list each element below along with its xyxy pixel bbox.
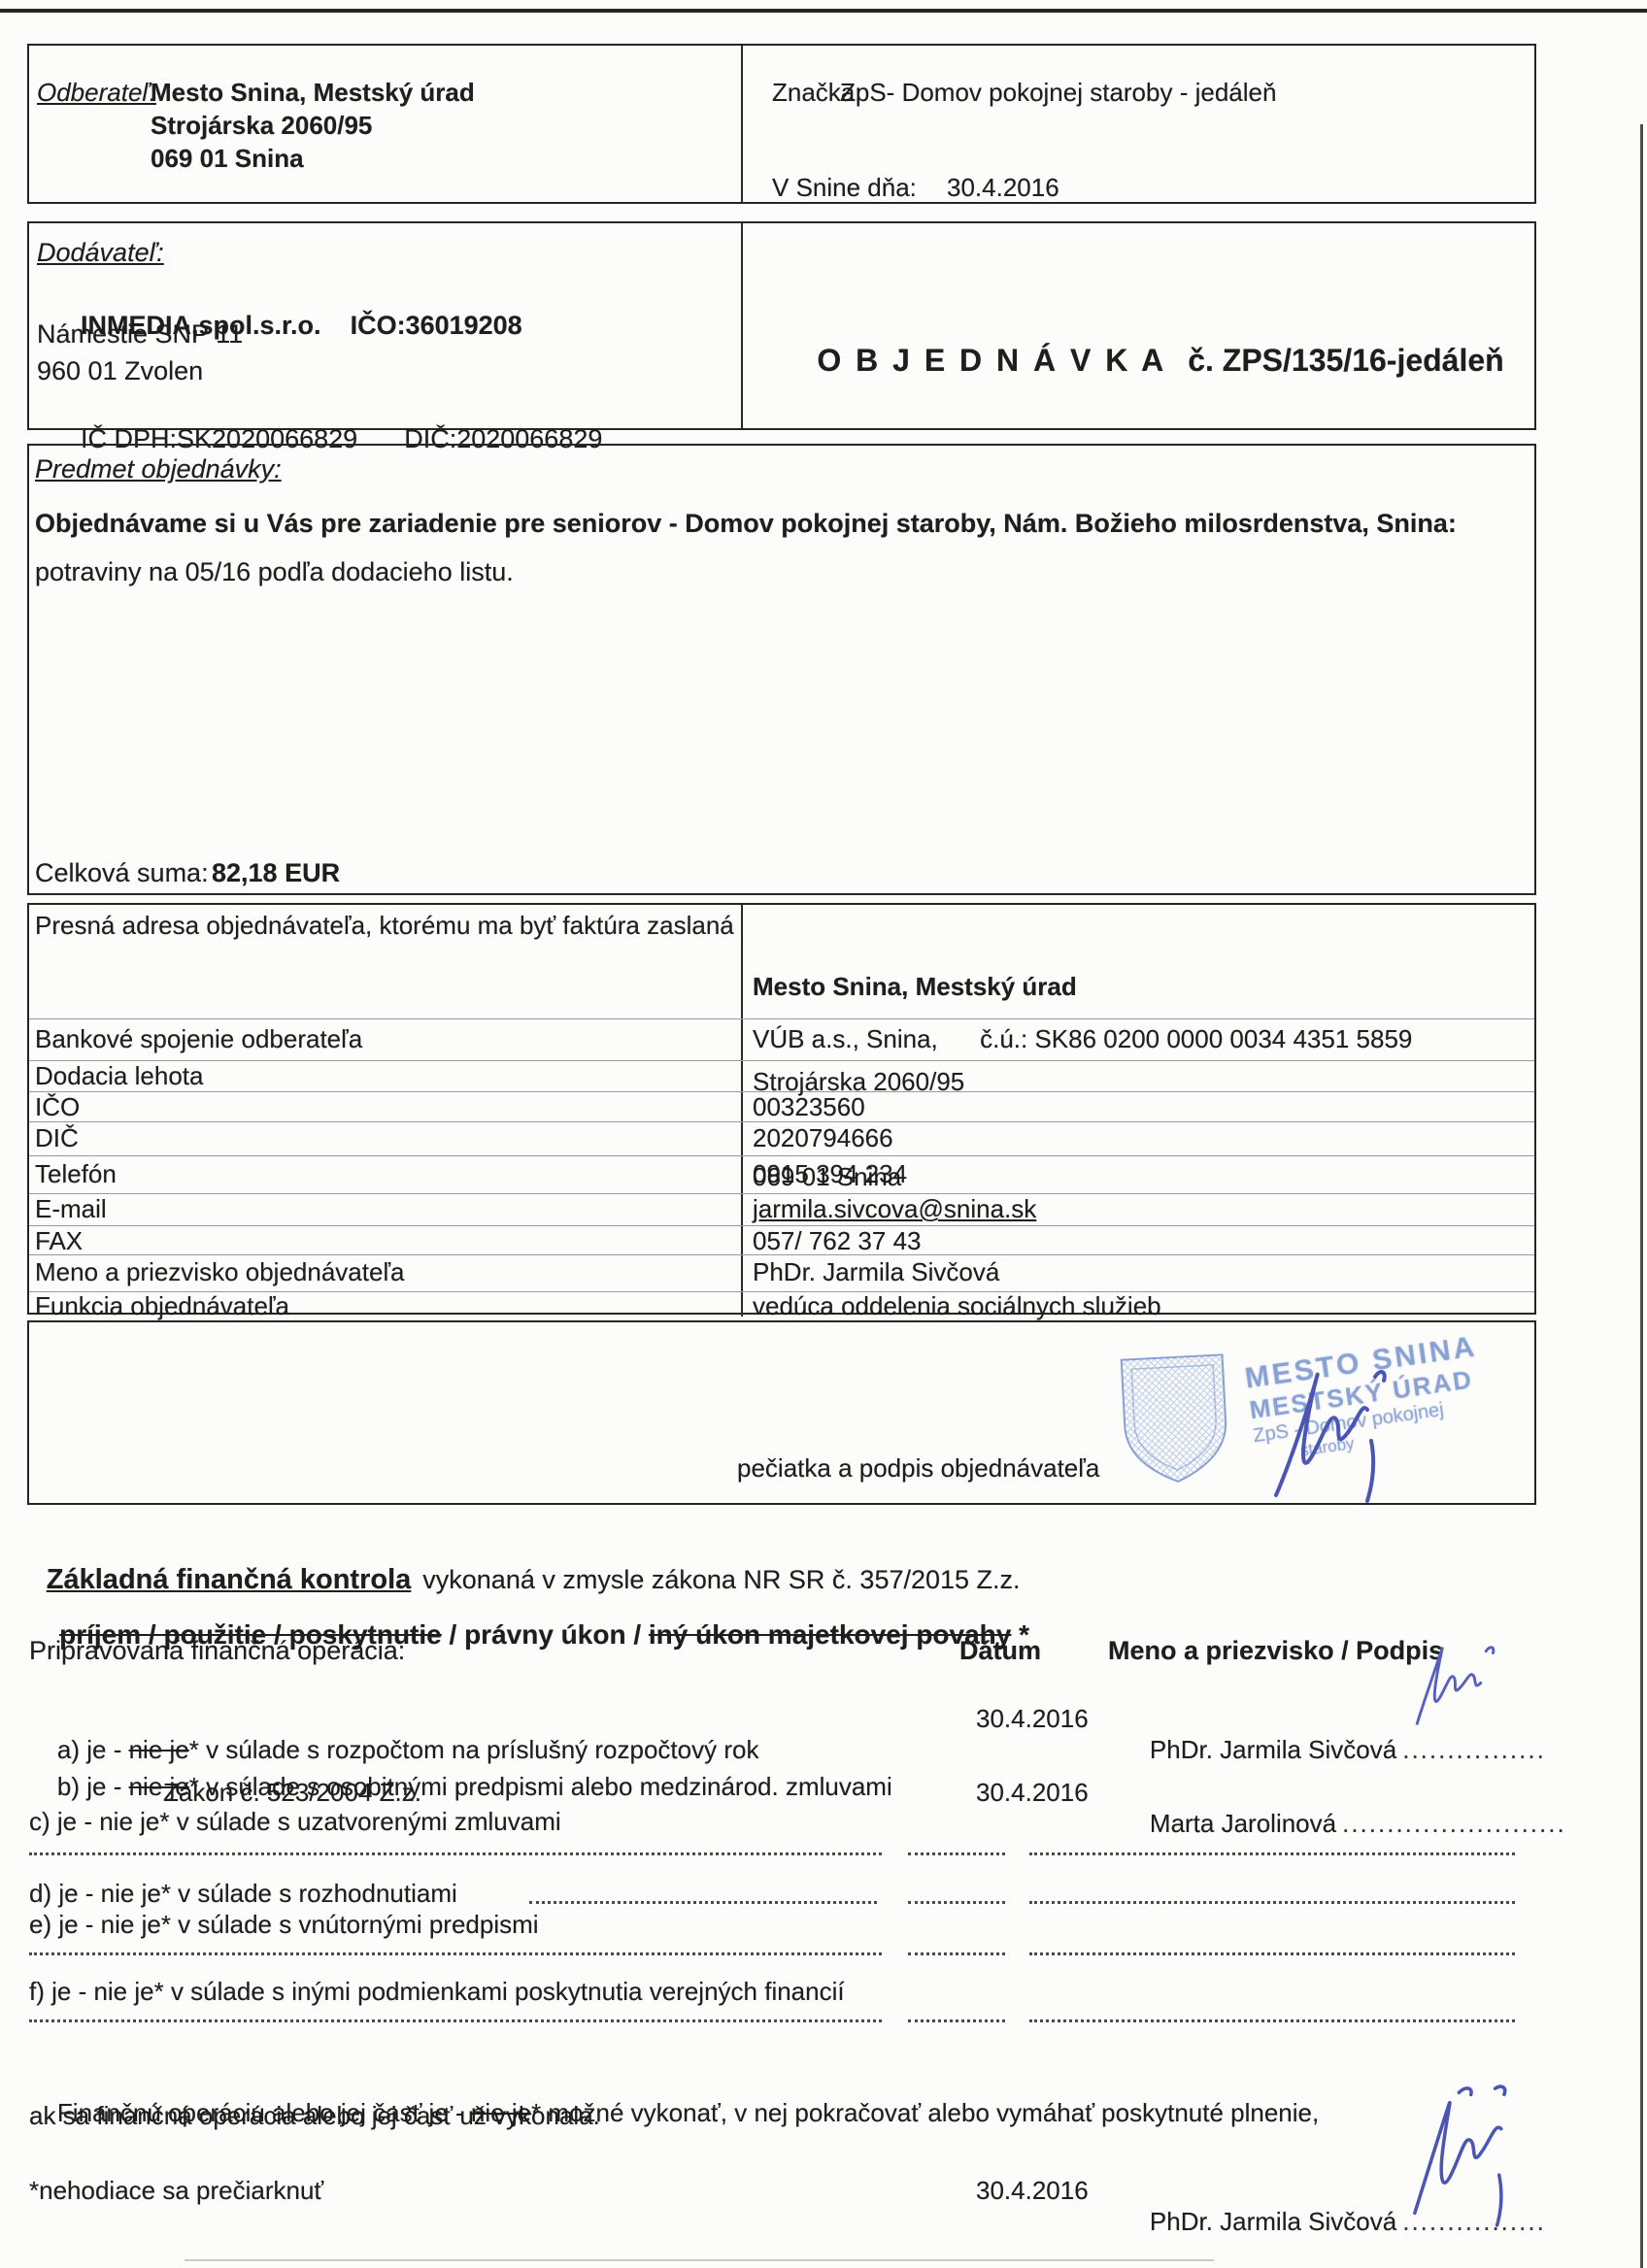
row-label: IČO: [29, 1092, 741, 1121]
dotted-line: [908, 1950, 1005, 1955]
item-a-name: PhDr. Jarmila Sivčová: [1150, 1735, 1396, 1764]
row-label: Presná adresa objednávateľa, ktorému ma …: [29, 905, 741, 1018]
place-date-value: 30.4.2016: [947, 172, 1059, 203]
row-value: 0915 394 234: [741, 1156, 1534, 1193]
scan-edge-top: [0, 9, 1647, 13]
buyer-city: 069 01 Snina: [151, 143, 304, 174]
order-subject-box: Predmet objednávky: Objednávame si u Vás…: [27, 444, 1536, 895]
dotted-line: [29, 1950, 882, 1955]
dotted-line: [908, 1850, 1005, 1855]
subject-line2: potraviny na 05/16 podľa dodacieho listu…: [35, 556, 514, 588]
item-a-dots: ................: [1402, 1735, 1546, 1764]
item-b-law: Zákon č. 523/2004 Z.z.: [163, 1777, 421, 1808]
final-name: PhDr. Jarmila Sivčová: [1150, 2207, 1396, 2236]
kontrola-item-d: d) je - nie je* v súlade s rozhodnutiami: [29, 1878, 457, 1909]
dotted-line: [1029, 1950, 1515, 1955]
row-label: Telefón: [29, 1156, 741, 1193]
supplier-order-box: Dodávateľ: INMEDIA,spol.s.r.o.IČO:360192…: [27, 221, 1536, 430]
total-value: 82,18 EUR: [212, 857, 340, 889]
stamp-signature-icon: [1237, 1359, 1412, 1505]
row-value: 00323560: [741, 1092, 1534, 1121]
dotted-line: [29, 1850, 882, 1855]
row-label: Meno a priezvisko objednávateľa: [29, 1255, 741, 1291]
row-label: FAX: [29, 1226, 741, 1254]
item-a-date: 30.4.2016: [976, 1703, 1089, 1734]
row-label: Dodacia lehota: [29, 1061, 741, 1091]
table-row: Telefón 0915 394 234: [29, 1155, 1534, 1193]
kontrola-item-e: e) je - nie je* v súlade s vnútornými pr…: [29, 1909, 539, 1940]
table-row: E-mail jarmila.sivcova@snina.sk: [29, 1193, 1534, 1225]
table-row: DIČ 2020794666: [29, 1121, 1534, 1155]
row-value: VÚB a.s., Snina, č.ú.: SK86 0200 0000 00…: [741, 1019, 1534, 1060]
item-b-signatory: Marta Jarolinová........................…: [1122, 1777, 1566, 1870]
scanned-order-document: Odberateľ: Mesto Snina, Mestský úrad Str…: [0, 0, 1647, 2268]
table-row: FAX 057/ 762 37 43: [29, 1225, 1534, 1254]
row-label: Bankové spojenie odberateľa: [29, 1019, 741, 1060]
item-b-name: Marta Jarolinová: [1150, 1809, 1336, 1838]
column-divider: [741, 223, 743, 428]
final-signature-icon: [1398, 2083, 1529, 2228]
row-value: [741, 1061, 1534, 1091]
table-row: IČO 00323560: [29, 1091, 1534, 1121]
dotted-line: [908, 1898, 1005, 1904]
row-value: vedúca oddelenia sociálnych služieb: [741, 1292, 1534, 1317]
final-date: 30.4.2016: [976, 2175, 1089, 2206]
operation-label: Pripravovaná finančná operácia:: [29, 1635, 405, 1667]
supplier-city: 960 01 Zvolen: [37, 355, 203, 387]
stamp-shield-icon: [1113, 1349, 1236, 1492]
kontrola-item-f: f) je - nie je* v súlade s inými podmien…: [29, 1976, 845, 2007]
signature-a-icon: [1391, 1639, 1527, 1736]
supplier-label: Dodávateľ:: [37, 237, 164, 269]
order-title: O B J E D N Á V K A: [817, 343, 1166, 378]
row-label: Funkcia objednávateľa: [29, 1292, 741, 1317]
row-value-email: jarmila.sivcova@snina.sk: [741, 1194, 1534, 1225]
subject-label: Predmet objednávky:: [35, 453, 282, 485]
table-row: Bankové spojenie odberateľa VÚB a.s., Sn…: [29, 1018, 1534, 1060]
scan-edge-right: [1640, 124, 1643, 2268]
scan-edge-bottom: [185, 2259, 1214, 2261]
row-label: DIČ: [29, 1122, 741, 1155]
column-divider: [741, 46, 743, 202]
buyer-street: Strojárska 2060/95: [151, 110, 372, 141]
row-label: E-mail: [29, 1194, 741, 1225]
subject-line1: Objednávame si u Vás pre zariadenie pre …: [35, 508, 1457, 540]
order-details-table: Presná adresa objednávateľa, ktorému ma …: [27, 903, 1536, 1315]
dotted-line: [29, 2017, 882, 2022]
supplier-street: Námestie SNP 11: [37, 318, 243, 350]
kontrola-footer-line2: ak sa finančná operácia alebo jej časť u…: [29, 2100, 600, 2131]
operation-type-kept: / právny úkon /: [442, 1619, 649, 1650]
table-row: Funkcia objednávateľa vedúca oddelenia s…: [29, 1291, 1534, 1317]
stamp-signature-box: pečiatka a podpis objednávateľa MESTO SN…: [27, 1320, 1536, 1505]
item-b-date: 30.4.2016: [976, 1777, 1089, 1808]
kontrola-item-c: c) je - nie je* v súlade s uzatvorenými …: [29, 1806, 561, 1837]
row-value: 2020794666: [741, 1122, 1534, 1155]
strike-note: *nehodiace sa prečiarknuť: [29, 2175, 323, 2206]
order-number: č. ZPS/135/16-jedáleň: [1188, 343, 1504, 378]
place-date-label: V Snine dňa:: [772, 172, 917, 203]
total-label: Celková suma:: [35, 857, 209, 889]
dotted-line: [908, 2017, 1005, 2022]
dotted-line: [1029, 2017, 1515, 2022]
official-stamp: MESTO SNINA MESTSKÝ ÚRAD ZpS - Domov pok…: [1090, 1342, 1531, 1505]
invoice-address-name: Mesto Snina, Mestský úrad: [753, 969, 1534, 1004]
dotted-line: [1029, 1898, 1515, 1904]
footer-post: * možné vykonať, v nej pokračovať alebo …: [531, 2098, 1319, 2127]
order-title-row: O B J E D N Á V K Ač. ZPS/135/16-jedáleň: [765, 307, 1504, 415]
table-row: Presná adresa objednávateľa, ktorému ma …: [29, 905, 1534, 1018]
dotted-line: [529, 1898, 877, 1904]
row-value: Mesto Snina, Mestský úrad Strojárska 206…: [741, 905, 1534, 1018]
dotted-line: [1029, 1850, 1515, 1855]
reference-value: ZpS- Domov pokojnej staroby - jedáleň: [840, 77, 1276, 108]
row-value: PhDr. Jarmila Sivčová: [741, 1255, 1534, 1291]
row-value: 057/ 762 37 43: [741, 1226, 1534, 1254]
table-row: Meno a priezvisko objednávateľa PhDr. Ja…: [29, 1254, 1534, 1291]
operation-type-struck-2: iný úkon majetkovej povahy: [649, 1619, 1011, 1650]
item-b-pre: b) je -: [57, 1772, 129, 1801]
table-row: Dodacia lehota: [29, 1060, 1534, 1091]
item-b-dots: .........................: [1342, 1809, 1566, 1838]
supplier-ico: IČO:36019208: [351, 311, 522, 340]
column-header-date: Dátum: [959, 1635, 1041, 1667]
stamp-caption: pečiatka a podpis objednávateľa: [737, 1452, 1099, 1484]
buyer-label: Odberateľ:: [37, 77, 156, 108]
buyer-name: Mesto Snina, Mestský úrad: [151, 77, 475, 108]
buyer-reference-box: Odberateľ: Mesto Snina, Mestský úrad Str…: [27, 44, 1536, 204]
